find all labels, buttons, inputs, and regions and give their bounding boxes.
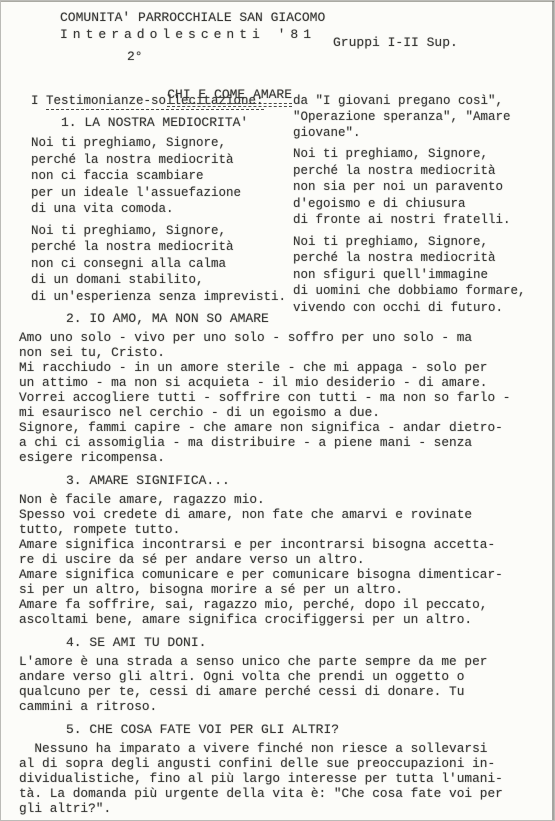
prayer-stanza-left-2: Noi ti preghiamo, Signore, perché la nos… (31, 223, 293, 306)
intro-line: I Testimonianze-sollecitazione: (31, 93, 293, 109)
section-title: 5. CHE COSA FATE VOI PER GLI ALTRI? (66, 722, 549, 737)
prayer-stanza-right-1: Noi ti preghiamo, Signore, perché la nos… (293, 146, 551, 229)
section-title: 4. SE AMI TU DONI. (66, 635, 549, 650)
section-body: Nessuno ha imparato a vivere finché non … (19, 741, 549, 816)
section-title: 2. IO AMO, MA NON SO AMARE (66, 311, 549, 326)
two-column-block: I Testimonianze-sollecitazione: 1. LA NO… (31, 93, 551, 321)
left-column: I Testimonianze-sollecitazione: 1. LA NO… (31, 93, 293, 321)
prayer-stanza-left-1: Noi ti preghiamo, Signore, perché la nos… (31, 135, 293, 218)
section-title: 3. AMARE SIGNIFICA... (66, 473, 549, 488)
intro-roman: I (31, 94, 46, 108)
right-column: da "I giovani pregano così", "Operazione… (293, 93, 551, 321)
section-1-title: 1. LA NOSTRA MEDIOCRITA' (61, 115, 293, 130)
section-3: 3. AMARE SIGNIFICA... Non è facile amare… (19, 473, 549, 627)
intro-source: da "I giovani pregano così", "Operazione… (293, 93, 551, 141)
page-number: 2° (127, 49, 143, 64)
series-title: Interadolescenti '81 (60, 27, 316, 42)
org-title: COMUNITA' PARROCCHIALE SAN GIACOMO (60, 10, 325, 25)
sections-block: 2. IO AMO, MA NON SO AMARE Amo uno solo … (19, 311, 549, 821)
scan-right-edge (552, 1, 554, 820)
section-4: 4. SE AMI TU DONI. L'amore è una strada … (19, 635, 549, 714)
section-body: Amo uno solo - vivo per uno solo - soffr… (19, 330, 549, 465)
scanned-document-page: COMUNITA' PARROCCHIALE SAN GIACOMO Inter… (0, 0, 555, 821)
section-2: 2. IO AMO, MA NON SO AMARE Amo uno solo … (19, 311, 549, 465)
section-body: L'amore è una strada a senso unico che p… (19, 654, 549, 714)
prayer-stanza-right-2: Noi ti preghiamo, Signore, perché la nos… (293, 234, 551, 317)
group-label: Gruppi I-II Sup. (333, 35, 458, 50)
intro-heading: Testimonianze-sollecitazione: (46, 94, 264, 110)
section-5: 5. CHE COSA FATE VOI PER GLI ALTRI? Ness… (19, 722, 549, 816)
scan-top-edge (1, 1, 554, 2)
section-body: Non è facile amare, ragazzo mio. Spesso … (19, 492, 549, 627)
